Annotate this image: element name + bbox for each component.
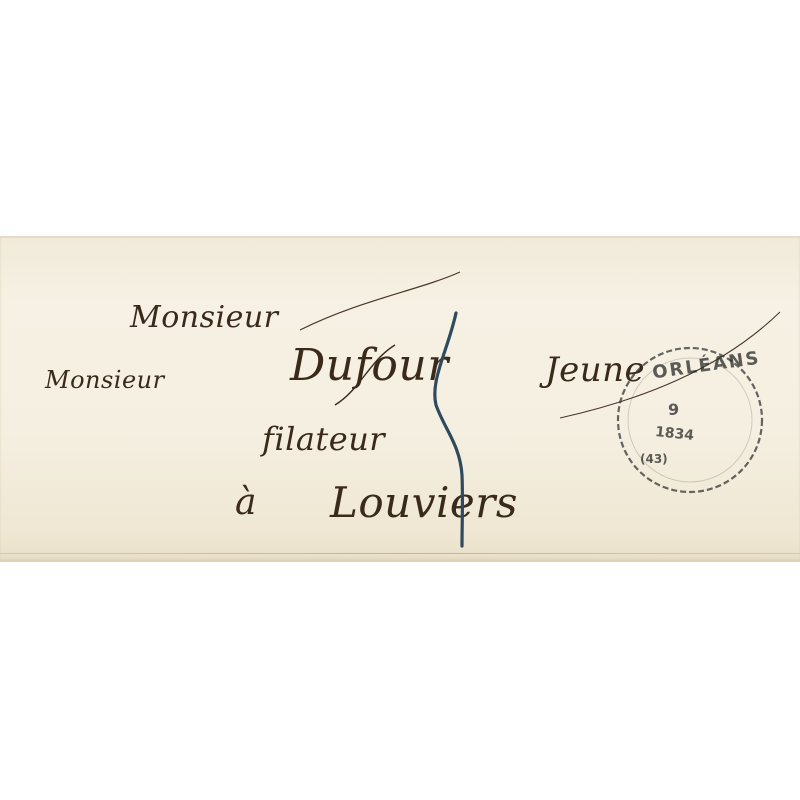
postmark-day: 9	[668, 400, 679, 419]
address-town: Louviers	[330, 478, 518, 527]
address-salutation-repeat: Monsieur	[45, 366, 165, 394]
address-name-suffix: Jeune	[545, 350, 645, 390]
address-profession: filateur	[262, 420, 385, 458]
address-name: Dufour	[290, 340, 449, 391]
address-preposition: à	[235, 482, 257, 523]
address-salutation: Monsieur	[130, 300, 279, 335]
postmark-dept: (43)	[640, 452, 668, 466]
